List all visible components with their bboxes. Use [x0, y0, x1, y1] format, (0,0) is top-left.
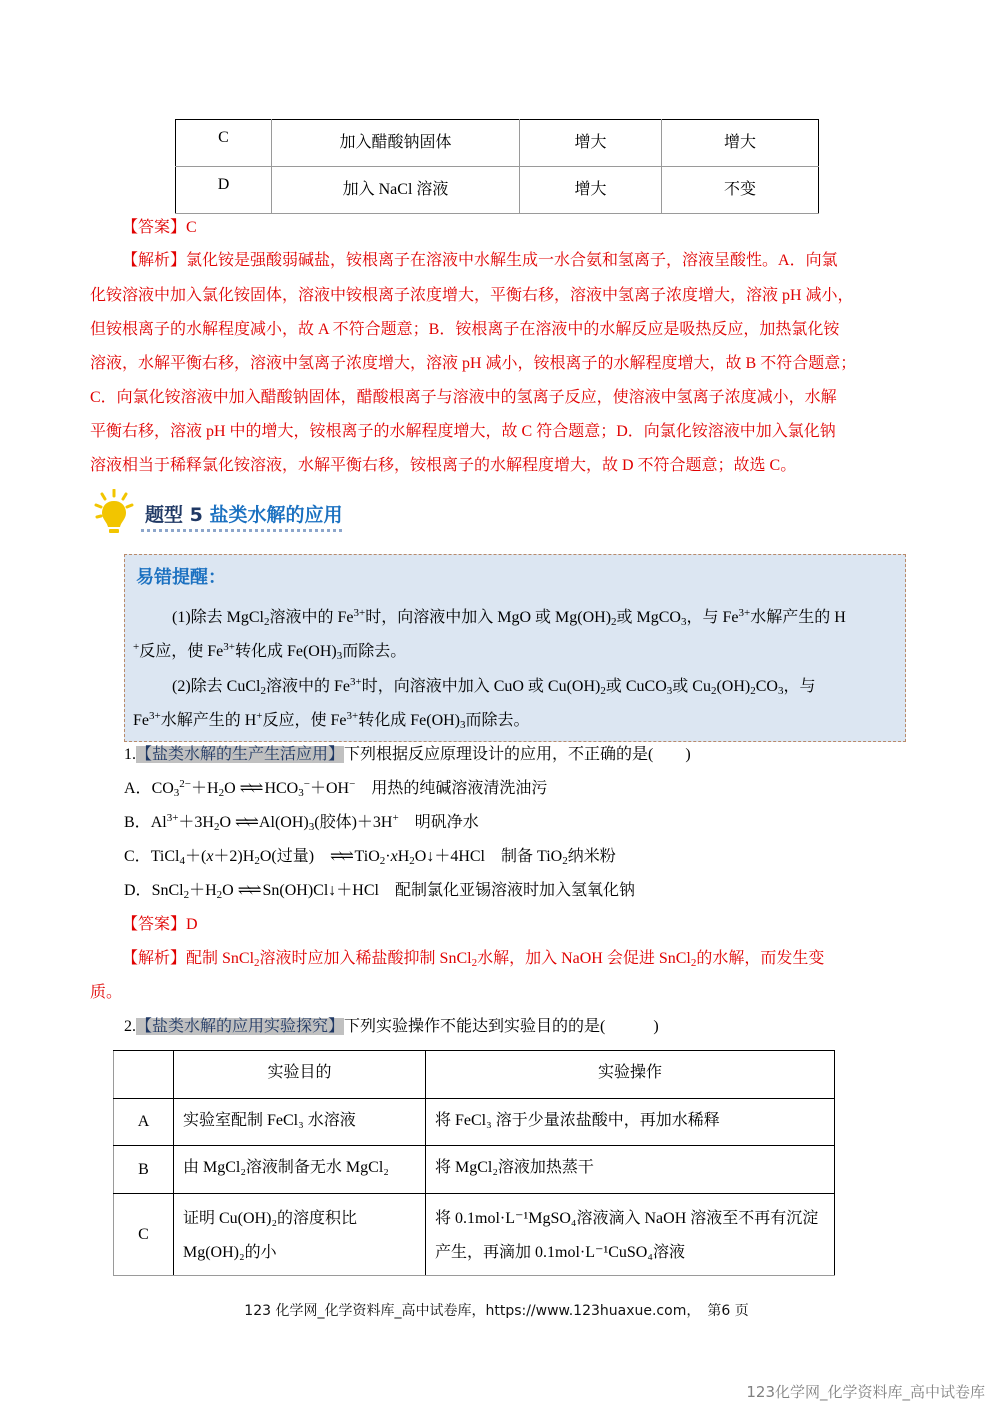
header-cell: 实验目的: [174, 1051, 426, 1099]
analysis-label: 【解析】: [122, 252, 186, 269]
tip-text: 时，向溶液中加入 CuO 或 Cu(OH): [362, 678, 601, 695]
option-a: A．CO32−＋H2O ⇌⇌ HCO3−＋OH− 用热的纯碱溶液清洗油污: [124, 779, 547, 799]
purpose-cell: 由 MgCl₂溶液制备无水 MgCl₂: [174, 1146, 426, 1194]
table-row: C 证明 Cu(OH)₂的溶度积比 Mg(OH)₂的小 将 0.1mol·L⁻¹…: [114, 1194, 835, 1276]
question-tag: 【盐类水解的应用实验探究】: [136, 1018, 344, 1035]
answer-label: 【答案】: [122, 219, 186, 236]
analysis-line: C．向氯化铵溶液中加入醋酸钠固体，醋酸根离子与溶液中的氢离子反应，使溶液中氢离子…: [90, 388, 837, 408]
value-cell: 不变: [662, 167, 819, 214]
row-label: C: [114, 1194, 174, 1276]
question-tag: 【盐类水解的生产生活应用】: [136, 746, 344, 763]
tip-text: 而除去。: [342, 643, 406, 660]
wavy-underline: [141, 529, 342, 532]
table-row: B 由 MgCl₂溶液制备无水 MgCl₂ 将 MgCl₂溶液加热蒸干: [114, 1146, 835, 1194]
analysis-text: 的水解，而发生变: [696, 950, 824, 967]
option-label: C．: [124, 848, 151, 865]
operation-cell: 将 FeCl₃ 溶于少量浓盐酸中，再加水稀释: [426, 1099, 835, 1146]
option-label: A．: [124, 780, 152, 797]
analysis-line: 【解析】配制 SnCl2溶液时应加入稀盐酸抑制 SnCl2水解，加入 NaOH …: [122, 949, 824, 969]
tip-paragraph-1-line2: +反应，使 Fe3+转化成 Fe(OH)3而除去。: [133, 642, 406, 662]
analysis-text: 水解，加入 NaOH 会促进 SnCl: [477, 950, 691, 967]
option-label: B．: [124, 814, 151, 831]
tip-text: (2)除去 CuCl: [172, 678, 260, 695]
section-number: 题型 5: [145, 504, 209, 526]
tip-text: (1)除去 MgCl: [172, 609, 264, 626]
equilibrium-arrow-icon: ⇌⇌: [240, 780, 261, 797]
tip-paragraph-2: (2)除去 CuCl2溶液中的 Fe3+时，向溶液中加入 CuO 或 Cu(OH…: [172, 677, 815, 697]
option-application: 制备 TiO: [501, 848, 562, 865]
tip-text: CO: [756, 678, 778, 695]
tip-text: ，与: [783, 678, 815, 695]
tip-text: 水解产生的 H: [161, 712, 257, 729]
answer-label: 【答案】: [122, 916, 186, 933]
analysis-line: 质。: [90, 983, 122, 1003]
question-2-stem: 2.【盐类水解的应用实验探究】下列实验操作不能达到实验目的的是( ): [124, 1017, 659, 1037]
analysis-line: 平衡右移，溶液 pH 中的增大，铵根离子的水解程度增大，故 C 符合题意；D．向…: [90, 422, 836, 442]
question-number: 2.: [124, 1018, 136, 1035]
value-cell: 增大: [662, 120, 819, 167]
tip-text: 或 MgCO: [617, 609, 681, 626]
tip-text: 溶液中的 Fe: [266, 678, 350, 695]
table-header-row: 实验目的 实验操作: [114, 1051, 835, 1099]
option-cell: D: [176, 167, 272, 214]
tip-text: ，与 Fe: [687, 609, 739, 626]
table-row: C 加入醋酸钠固体 增大 增大: [176, 120, 819, 167]
tip-paragraph-1: (1)除去 MgCl2溶液中的 Fe3+时，向溶液中加入 MgO 或 Mg(OH…: [172, 608, 846, 628]
tip-text: 或 CuCO: [606, 678, 667, 695]
purpose-cell: 证明 Cu(OH)₂的溶度积比 Mg(OH)₂的小: [174, 1194, 426, 1276]
header-cell: [114, 1051, 174, 1099]
option-application: 用热的纯碱溶液清洗油污: [371, 780, 547, 797]
section-title: 盐类水解的应用: [209, 504, 342, 526]
watermark: 123化学网_化学资料库_高中试卷库: [746, 1381, 985, 1402]
lightbulb-icon: [92, 489, 136, 537]
option-d: D．SnCl2＋H2O ⇌⇌ Sn(OH)Cl↓＋HCl 配制氯化亚锡溶液时加入…: [124, 881, 635, 901]
option-c: C．TiCl4＋(x＋2)H2O(过量) ⇌⇌ TiO2·xH2O↓＋4HCl …: [124, 847, 616, 867]
equilibrium-arrow-icon: ⇌⇌: [330, 848, 351, 865]
operation-cell: 将 MgCl₂溶液加热蒸干: [426, 1146, 835, 1194]
purpose-cell: 实验室配制 FeCl₃ 水溶液: [174, 1099, 426, 1146]
equilibrium-arrow-icon: ⇌⇌: [238, 882, 259, 899]
tip-text: 转化成 Fe(OH): [358, 712, 460, 729]
tip-title: 易错提醒：: [136, 563, 226, 589]
option-application: 纳米粉: [568, 848, 616, 865]
question-1-stem: 1.【盐类水解的生产生活应用】下列根据反应原理设计的应用，不正确的是( ): [124, 745, 691, 765]
option-application: 明矾净水: [415, 814, 479, 831]
question-text: 下列根据反应原理设计的应用，不正确的是( ): [344, 746, 691, 763]
table-row: D 加入 NaCl 溶液 增大 不变: [176, 167, 819, 214]
tip-text: 时，向溶液中加入 MgO 或 Mg(OH): [365, 609, 611, 626]
tip-text: 反应，使 Fe: [139, 643, 223, 660]
tip-text: 反应，使 Fe: [263, 712, 347, 729]
table-row: A 实验室配制 FeCl₃ 水溶液 将 FeCl₃ 溶于少量浓盐酸中，再加水稀释: [114, 1099, 835, 1146]
answer-line: 【答案】D: [122, 915, 198, 935]
tip-text: 溶液中的 Fe: [270, 609, 354, 626]
header-cell: 实验操作: [426, 1051, 835, 1099]
analysis-label: 【解析】: [122, 950, 186, 967]
question-text: 下列实验操作不能达到实验目的的是( ): [344, 1018, 659, 1035]
analysis-line: 溶液相当于稀释氯化铵溶液，水解平衡右移，铵根离子的水解程度增大，故 D 不符合题…: [90, 456, 796, 476]
operation-cell: 将 0.1mol·L⁻¹MgSO₄溶液滴入 NaOH 溶液至不再有沉淀产生，再滴…: [426, 1194, 835, 1276]
value-cell: 增大: [520, 120, 662, 167]
tip-text: 水解产生的 H: [750, 609, 846, 626]
answer-line: 【答案】C: [122, 218, 197, 238]
option-label: D．: [124, 882, 152, 899]
tip-text: 转化成 Fe(OH): [235, 643, 337, 660]
tip-text: (OH): [716, 678, 750, 695]
tip-text: Fe: [133, 712, 149, 729]
value-cell: 增大: [520, 167, 662, 214]
answer-value: D: [186, 916, 198, 933]
page-footer: 123 化学网_化学资料库_高中试卷库，https://www.123huaxu…: [0, 1300, 993, 1320]
analysis-text: 氯化铵是强酸弱碱盐，铵根离子在溶液中水解生成一水合氨和氢离子，溶液呈酸性。A．向…: [186, 252, 838, 269]
equilibrium-arrow-icon: ⇌⇌: [235, 814, 256, 831]
analysis-line: 但铵根离子的水解程度减小，故 A 不符合题意；B．铵根离子在溶液中的水解反应是吸…: [90, 320, 839, 340]
option-application: 配制氯化亚锡溶液时加入氢氧化钠: [395, 882, 635, 899]
previous-question-table: C 加入醋酸钠固体 增大 增大 D 加入 NaCl 溶液 增大 不变: [175, 119, 819, 214]
row-label: A: [114, 1099, 174, 1146]
answer-value: C: [186, 219, 197, 236]
question-number: 1.: [124, 746, 136, 763]
experiment-table: 实验目的 实验操作 A 实验室配制 FeCl₃ 水溶液 将 FeCl₃ 溶于少量…: [113, 1050, 835, 1276]
tip-paragraph-2-line2: Fe3+水解产生的 H+反应，使 Fe3+转化成 Fe(OH)3而除去。: [133, 711, 530, 731]
section-heading: 题型 5 盐类水解的应用: [145, 500, 342, 527]
operation-cell: 加入 NaCl 溶液: [272, 167, 520, 214]
operation-cell: 加入醋酸钠固体: [272, 120, 520, 167]
analysis-line: 溶液，水解平衡右移，溶液中氢离子浓度增大，溶液 pH 减小，铵根离子的水解程度增…: [90, 354, 856, 374]
tip-text: 而除去。: [466, 712, 530, 729]
option-b: B．Al3+＋3H2O ⇌⇌ Al(OH)3(胶体)＋3H+ 明矾净水: [124, 813, 479, 833]
tip-text: 或 Cu: [672, 678, 711, 695]
option-cell: C: [176, 120, 272, 167]
analysis-line: 化铵溶液中加入氯化铵固体，溶液中铵根离子浓度增大，平衡右移，溶液中氢离子浓度增大…: [90, 286, 854, 306]
analysis-text: 配制 SnCl: [186, 950, 254, 967]
analysis-text: 溶液时应加入稀盐酸抑制 SnCl: [260, 950, 472, 967]
analysis-line: 【解析】氯化铵是强酸弱碱盐，铵根离子在溶液中水解生成一水合氨和氢离子，溶液呈酸性…: [122, 251, 838, 271]
row-label: B: [114, 1146, 174, 1194]
